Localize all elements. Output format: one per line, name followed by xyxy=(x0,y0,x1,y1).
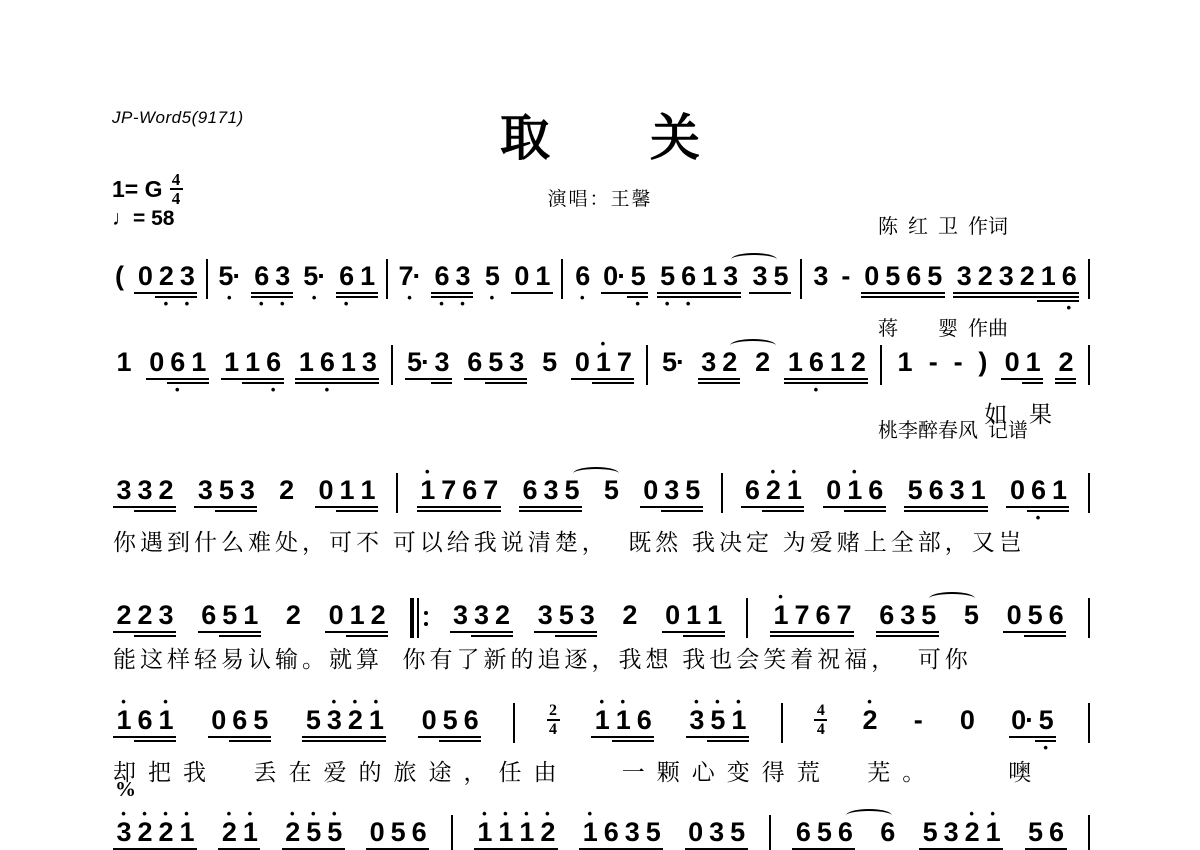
note-group: 5·• xyxy=(216,254,242,302)
note: 1 xyxy=(357,468,378,514)
note: 5 xyxy=(555,593,576,639)
note: 2 xyxy=(719,340,740,386)
note: 6 xyxy=(460,698,481,744)
note: •1 xyxy=(783,468,804,514)
note: 2 xyxy=(155,468,176,514)
note-group: 0•17 xyxy=(571,340,634,386)
note-group: 353 xyxy=(194,468,257,514)
note-group: 5·3 xyxy=(405,340,452,386)
note-group: 656 xyxy=(792,810,855,850)
note: 6• xyxy=(431,254,452,308)
note: 6 xyxy=(812,593,833,639)
note: 3 xyxy=(576,593,597,639)
note: •1 xyxy=(155,698,176,744)
note: 0 xyxy=(418,698,439,744)
note: 0 xyxy=(1001,340,1022,386)
note: 5 xyxy=(882,254,903,300)
note: 6 xyxy=(903,254,924,300)
note: 7·• xyxy=(397,254,423,302)
note: 7 xyxy=(833,593,854,639)
note: 1 xyxy=(336,468,357,514)
note: 2 xyxy=(1016,254,1037,312)
notation-row: 22365120123323532011•17676355056 xyxy=(113,593,1090,639)
note: 3 xyxy=(113,468,134,514)
note: 5 xyxy=(485,340,506,386)
note: 7 xyxy=(438,468,459,514)
note: 5 xyxy=(770,254,791,296)
barline xyxy=(1088,345,1090,385)
note: 0 xyxy=(861,254,882,300)
note: 2 xyxy=(1055,340,1076,386)
note: •3 xyxy=(323,698,344,744)
note: 0· xyxy=(1009,698,1035,752)
key-label: 1= G xyxy=(112,176,163,203)
note-group: 06•1 xyxy=(146,340,209,394)
barline xyxy=(1088,815,1090,850)
note: 3 xyxy=(720,254,741,308)
notation-row: •3•2•2•1•2•1•2•5•5056•1•1•1•2•1635035656… xyxy=(113,810,1090,850)
note: 5 xyxy=(387,810,408,850)
note: 5 xyxy=(642,810,663,850)
note: 5 xyxy=(682,468,703,514)
lyric-line: 能这样轻易认输。就算 你有了新的追逐，我想 我也会笑着祝福， 可你 xyxy=(113,641,1090,674)
note: 3 xyxy=(155,593,176,639)
note-group: 011 xyxy=(315,468,378,514)
note: 6 xyxy=(792,810,813,850)
note: 1 xyxy=(295,340,316,394)
note: •1 xyxy=(982,810,1003,850)
note: 2 xyxy=(367,593,388,639)
note: 1 xyxy=(113,340,134,380)
note: 6 xyxy=(925,468,946,514)
music-line-5: •16•10655•3•2•105624•1•16•3•5•144•2-00·5… xyxy=(113,698,1090,787)
note: 6 xyxy=(1046,810,1067,850)
note: 6• xyxy=(251,254,272,308)
note: •2 xyxy=(762,468,783,514)
notation-row: 3323532011•176763550356•2•10•16563106•1 xyxy=(113,468,1090,522)
note: 3 xyxy=(698,340,719,386)
note: 5• xyxy=(657,254,678,308)
barline xyxy=(746,598,748,638)
note: •5 xyxy=(303,810,324,850)
note-group: 2 xyxy=(276,468,297,508)
note-group: 011 xyxy=(662,593,725,639)
note-group: 6•2•1 xyxy=(741,468,804,514)
note: 5 xyxy=(904,468,925,514)
lyric-line: 你遇到什么难处，可不 可以给我说清楚， 既然 我决定 为爱赌上全部，又岂 xyxy=(113,524,1090,557)
note: 5 xyxy=(215,468,236,514)
note-group: 651 xyxy=(198,593,261,639)
note-group: 056 xyxy=(418,698,481,744)
music-line-1: (02•3•5·•6•3•5·•6•17·•6•3•5•016•0·5•5•6•… xyxy=(113,254,1090,314)
note-group: 012 xyxy=(325,593,388,639)
note: •3 xyxy=(686,698,707,744)
note: 0 xyxy=(134,254,155,308)
note: 3 xyxy=(946,468,967,514)
note-group: 035 xyxy=(685,810,748,850)
note: 3• xyxy=(272,254,293,308)
barline xyxy=(451,815,453,850)
key-signature: 1= G 4 4 xyxy=(112,172,183,206)
lyric-line: 如 果 xyxy=(113,396,1090,429)
note: 1 xyxy=(1022,340,1043,386)
note-group: 2 xyxy=(619,593,640,633)
note: 5·• xyxy=(301,254,327,302)
note: 6• xyxy=(805,340,826,394)
note-group: 2 xyxy=(282,593,303,633)
note: 0 xyxy=(315,468,336,514)
note-group: 056 xyxy=(366,810,429,850)
barline xyxy=(1088,598,1090,638)
note: •3 xyxy=(113,810,134,850)
note: 6• xyxy=(263,340,284,394)
note: 0 xyxy=(1003,593,1024,639)
note: 3 xyxy=(810,254,831,294)
note-group: •2 xyxy=(859,698,880,738)
music-line-2: 106•1116•16•135·365350•175·32216•121--)0… xyxy=(113,340,1090,429)
note-group: 16•13 xyxy=(295,340,379,394)
note: •1 xyxy=(113,698,134,744)
barline xyxy=(513,703,515,743)
note: 3 xyxy=(897,593,918,639)
note: •1 xyxy=(844,468,865,514)
note: •2 xyxy=(218,810,239,850)
note: 3 xyxy=(940,810,961,850)
note-group: 6•3• xyxy=(431,254,473,308)
note: •1 xyxy=(516,810,537,850)
note-group: 7·• xyxy=(397,254,423,302)
inline-time-signature: 44 xyxy=(814,703,827,737)
barline xyxy=(721,473,723,513)
note-group: 5 xyxy=(600,468,621,508)
note-group: 653 xyxy=(464,340,527,386)
note: 3 xyxy=(995,254,1016,312)
note: •1 xyxy=(770,593,791,639)
note: 6• xyxy=(1058,254,1079,312)
sheet-music-page: { "page": { "background": "#ffffff", "in… xyxy=(0,0,1200,850)
note: 6• xyxy=(572,254,593,302)
note: •1 xyxy=(365,698,386,744)
note-group: 2 xyxy=(1055,340,1076,386)
note: 3 xyxy=(194,468,215,514)
note: 3 xyxy=(431,340,452,386)
note: 1 xyxy=(784,340,805,394)
note-group: 6•3• xyxy=(251,254,293,308)
note: 5• xyxy=(1035,698,1056,752)
dash-note: - xyxy=(927,349,940,375)
note-group: •16•1 xyxy=(113,698,176,744)
note: 3 xyxy=(953,254,974,312)
note-group: 1 xyxy=(113,340,134,380)
note: 0· xyxy=(601,254,627,308)
note-group: 56 xyxy=(1025,810,1067,850)
note: 0 xyxy=(571,340,592,386)
note: 2 xyxy=(619,593,640,633)
note: 7 xyxy=(613,340,634,386)
note: 5 xyxy=(919,810,940,850)
note: 5· xyxy=(405,340,431,386)
note: 2 xyxy=(134,593,155,639)
note-group: 116• xyxy=(221,340,284,394)
dash-note: - xyxy=(912,707,925,733)
barline xyxy=(1088,473,1090,513)
note: •1 xyxy=(417,468,438,514)
barline xyxy=(880,345,882,385)
note: •2 xyxy=(134,810,155,850)
note: 6 xyxy=(1045,593,1066,639)
note: •1 xyxy=(495,810,516,850)
barline xyxy=(781,703,783,743)
note: 3 xyxy=(506,340,527,386)
note: 5• xyxy=(481,254,502,302)
note: •2 xyxy=(961,810,982,850)
note: 2 xyxy=(113,593,134,639)
barline xyxy=(800,259,802,299)
note: •1 xyxy=(176,810,197,850)
note: 7 xyxy=(480,468,501,514)
notation-row: (02•3•5·•6•3•5·•6•17·•6•3•5•016•0·5•5•6•… xyxy=(113,254,1090,312)
note-group: 635 xyxy=(519,468,582,514)
note: 5 xyxy=(1024,593,1045,639)
note: 6 xyxy=(134,698,155,744)
note: 6 xyxy=(741,468,762,514)
note-group: •2•1 xyxy=(218,810,260,850)
note: 3 xyxy=(134,468,155,514)
note: 2 xyxy=(282,593,303,633)
note: 5 xyxy=(561,468,582,514)
note: 3 xyxy=(621,810,642,850)
note: 5 xyxy=(918,593,939,639)
note: 1 xyxy=(683,593,704,639)
note: 3 xyxy=(749,254,770,296)
note-group: 0•16 xyxy=(823,468,886,514)
note: 3 xyxy=(358,340,379,394)
note: 6 xyxy=(459,468,480,514)
barline xyxy=(1088,259,1090,299)
note-group: •1767 xyxy=(770,593,854,639)
note: 6 xyxy=(876,593,897,639)
note: 1 xyxy=(532,254,553,296)
note: 1 xyxy=(188,340,209,394)
note: •1 xyxy=(579,810,600,850)
note: 5 xyxy=(600,468,621,508)
note-group: 35 xyxy=(749,254,791,296)
note: 6 xyxy=(865,468,886,514)
note: 3 xyxy=(706,810,727,850)
note-group: 5• xyxy=(481,254,502,302)
note-group: •3•2•2•1 xyxy=(113,810,197,850)
note: 3 xyxy=(471,593,492,639)
note: 6• xyxy=(1027,468,1048,522)
note-group: 0 xyxy=(956,698,977,738)
note: •1 xyxy=(612,698,633,744)
note: •5 xyxy=(324,810,345,850)
note-group: 3 xyxy=(810,254,831,294)
note-group: 5· xyxy=(660,340,686,380)
note: 3 xyxy=(534,593,555,639)
note: 2 xyxy=(276,468,297,508)
note: •2 xyxy=(282,810,303,850)
note: 5·• xyxy=(216,254,242,302)
note: 6• xyxy=(336,254,357,308)
note-group: 2 xyxy=(752,340,773,380)
notation-row: 106•1116•16•135·365350•175·32216•121--)0… xyxy=(113,340,1090,394)
note: 1 xyxy=(1048,468,1069,522)
note: 1 xyxy=(704,593,725,639)
note: 6 xyxy=(408,810,429,850)
barline xyxy=(206,259,208,299)
note: 5 xyxy=(727,810,748,850)
meter-numerator: 4 xyxy=(172,172,181,187)
note: 0 xyxy=(366,810,387,850)
note-group: 32 xyxy=(698,340,740,386)
note: 5 xyxy=(924,254,945,300)
notation-row: •16•10655•3•2•105624•1•16•3•5•144•2-00·5… xyxy=(113,698,1090,752)
note: 6• xyxy=(167,340,188,394)
note: 1 xyxy=(242,340,263,394)
note: 5• xyxy=(627,254,648,308)
note: •2 xyxy=(537,810,558,850)
dash-note: - xyxy=(952,349,965,375)
note: 3 xyxy=(236,468,257,514)
note: •1 xyxy=(728,698,749,744)
note: 5 xyxy=(439,698,460,744)
note-group: 0·5• xyxy=(1009,698,1056,752)
note: 0 xyxy=(640,468,661,514)
note-group: 53•2•1 xyxy=(919,810,1003,850)
note: •1 xyxy=(591,698,612,744)
note: 6 xyxy=(834,810,855,850)
note: 5 xyxy=(813,810,834,850)
note: 2 xyxy=(492,593,513,639)
music-line-4: 22365120123323532011•17676355056 能这样轻易认输… xyxy=(113,593,1090,674)
note: 2 xyxy=(974,254,995,312)
note-group: 223 xyxy=(113,593,176,639)
note: 0 xyxy=(1006,468,1027,522)
note-group: 02•3• xyxy=(134,254,197,308)
barline xyxy=(391,345,393,385)
note-group: 6 xyxy=(877,810,898,850)
note: 1 xyxy=(357,254,378,308)
barline xyxy=(561,259,563,299)
barline xyxy=(386,259,388,299)
credit-lyricist: 陈 红 卫 作词 xyxy=(878,210,1028,244)
note: •5 xyxy=(707,698,728,744)
note: 6 xyxy=(519,468,540,514)
note: 1 xyxy=(240,593,261,639)
note-group: 5•6•13 xyxy=(657,254,741,308)
note: 3• xyxy=(176,254,197,308)
note-group: 332 xyxy=(113,468,176,514)
note: 0 xyxy=(685,810,706,850)
note-group: 1 xyxy=(894,340,915,380)
note: 3 xyxy=(661,468,682,514)
segno-icon: % xyxy=(115,777,136,802)
barline xyxy=(769,815,771,850)
note: 1 xyxy=(221,340,242,394)
note-group: 5·• xyxy=(301,254,327,302)
meter-denominator: 4 xyxy=(172,191,181,206)
note-group: 6• xyxy=(572,254,593,302)
tempo-marking: ♩= 58 xyxy=(112,207,174,231)
note-group: 065 xyxy=(208,698,271,744)
note: 1 xyxy=(699,254,720,308)
note: 2 xyxy=(847,340,868,394)
note: 5 xyxy=(1025,810,1046,850)
note-group: 01 xyxy=(1001,340,1043,386)
note: 1 xyxy=(1037,254,1058,312)
note-group: 035 xyxy=(640,468,703,514)
note-group: 0565 xyxy=(861,254,945,300)
note-group: 353 xyxy=(534,593,597,639)
parenthesis: ( xyxy=(113,263,126,289)
note-group: 635 xyxy=(876,593,939,639)
note-group: 0·5• xyxy=(601,254,648,308)
music-line-3: 3323532011•176763550356•2•10•16563106•1 … xyxy=(113,468,1090,557)
note-group: 5 xyxy=(960,593,981,633)
note: 5 xyxy=(219,593,240,639)
note-group: 5631 xyxy=(904,468,988,514)
note: 0 xyxy=(956,698,977,738)
note-group: •2•5•5 xyxy=(282,810,345,850)
note-group: 6•1 xyxy=(336,254,378,308)
note: 5 xyxy=(250,698,271,744)
note-group: •1635 xyxy=(579,810,663,850)
note: 0 xyxy=(662,593,683,639)
note-group: 056 xyxy=(1003,593,1066,639)
note-group: 323216• xyxy=(953,254,1079,312)
note: •1 xyxy=(474,810,495,850)
note-group: 5•3•2•1 xyxy=(302,698,386,744)
note: 5· xyxy=(660,340,686,380)
note: 6 xyxy=(633,698,654,744)
note: 0 xyxy=(823,468,844,514)
note: •2 xyxy=(344,698,365,744)
note-group: 01 xyxy=(511,254,553,296)
note-group: 06•1 xyxy=(1006,468,1069,522)
note: 7 xyxy=(791,593,812,639)
note: 3• xyxy=(452,254,473,308)
dash-note: - xyxy=(839,263,852,289)
note-group: •1•16 xyxy=(591,698,654,744)
note-group: •1767 xyxy=(417,468,501,514)
barline xyxy=(646,345,648,385)
note: 1 xyxy=(894,340,915,380)
note: 0 xyxy=(325,593,346,639)
barline xyxy=(1088,703,1090,743)
note-group: 5 xyxy=(539,340,560,380)
parenthesis: ) xyxy=(976,349,989,375)
note: •2 xyxy=(155,810,176,850)
note-group: 332 xyxy=(450,593,513,639)
lyric-line: 却把我 丢在爱的旅途，任由 一颗心变得荒 芜。 噢 xyxy=(113,754,1090,787)
note: 6• xyxy=(316,340,337,394)
note: 6 xyxy=(464,340,485,386)
note: 5 xyxy=(302,698,323,744)
note: 1 xyxy=(967,468,988,514)
note: 6 xyxy=(229,698,250,744)
note: 3 xyxy=(450,593,471,639)
note: 5 xyxy=(960,593,981,633)
note: 6• xyxy=(678,254,699,308)
barline xyxy=(396,473,398,513)
note: •2 xyxy=(859,698,880,738)
note: 0 xyxy=(511,254,532,296)
meter-fraction: 4 4 xyxy=(170,172,183,206)
note: 0 xyxy=(146,340,167,394)
note: 6 xyxy=(600,810,621,850)
note: •1 xyxy=(592,340,613,386)
